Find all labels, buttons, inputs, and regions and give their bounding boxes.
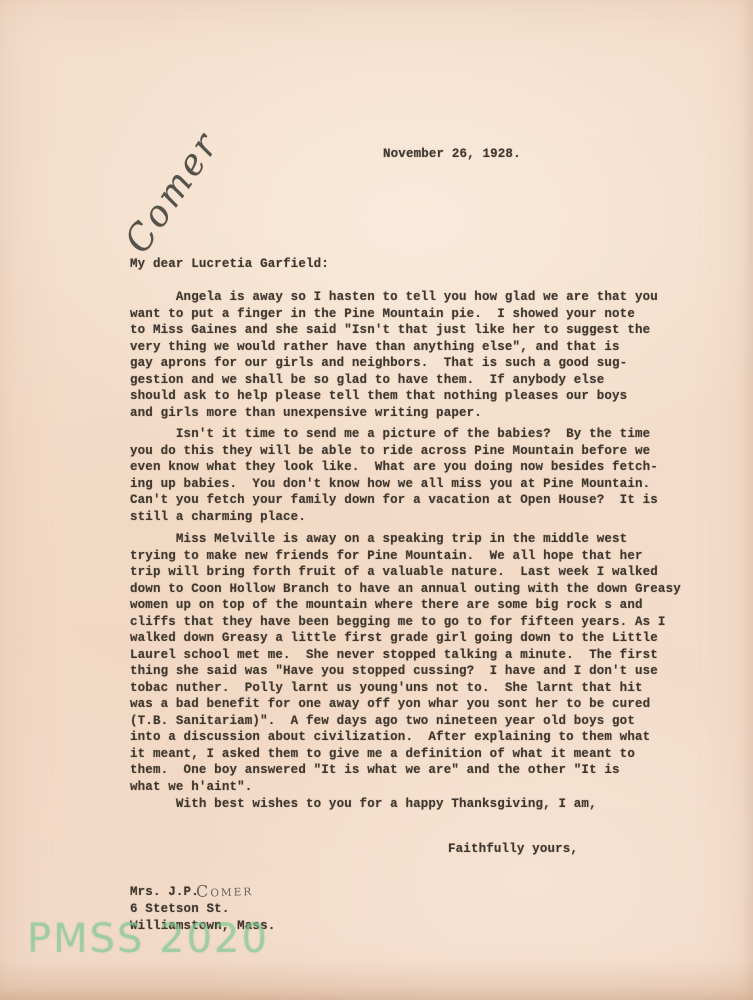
handwritten-signature-name: Comer bbox=[196, 880, 254, 901]
paragraph-3: Miss Melville is away on a speaking trip… bbox=[130, 531, 681, 795]
handwritten-annotation: Comer bbox=[117, 124, 228, 260]
paragraph-2: Isn't it time to send me a picture of th… bbox=[130, 426, 658, 525]
letter-page: Comer November 26, 1928. My dear Lucreti… bbox=[0, 0, 753, 1000]
paragraph-1: Angela is away so I hasten to tell you h… bbox=[130, 289, 658, 421]
closing-line: With best wishes to you for a happy Than… bbox=[130, 796, 597, 813]
watermark: PMSS 2020 bbox=[27, 916, 269, 962]
date-line: November 26, 1928. bbox=[383, 146, 521, 163]
valediction: Faithfully yours, bbox=[448, 841, 578, 858]
salutation: My dear Lucretia Garfield: bbox=[130, 256, 329, 273]
